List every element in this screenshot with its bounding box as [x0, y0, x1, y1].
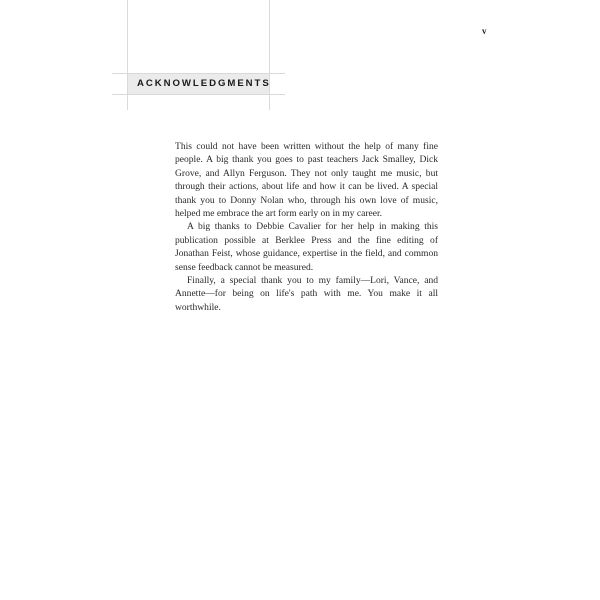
- paragraph-2: A big thanks to Debbie Cavalier for her …: [175, 220, 438, 274]
- paragraph-1: This could not have been written without…: [175, 140, 438, 220]
- page-number: v: [482, 26, 487, 36]
- document-page: ACKNOWLEDGMENTS v This could not have be…: [0, 0, 600, 600]
- guide-line-horizontal-top: [112, 73, 285, 74]
- paragraph-3: Finally, a special thank you to my famil…: [175, 274, 438, 314]
- guide-line-horizontal-bottom: [112, 94, 285, 95]
- page-title: ACKNOWLEDGMENTS: [137, 78, 271, 90]
- body-text: This could not have been written without…: [175, 140, 438, 314]
